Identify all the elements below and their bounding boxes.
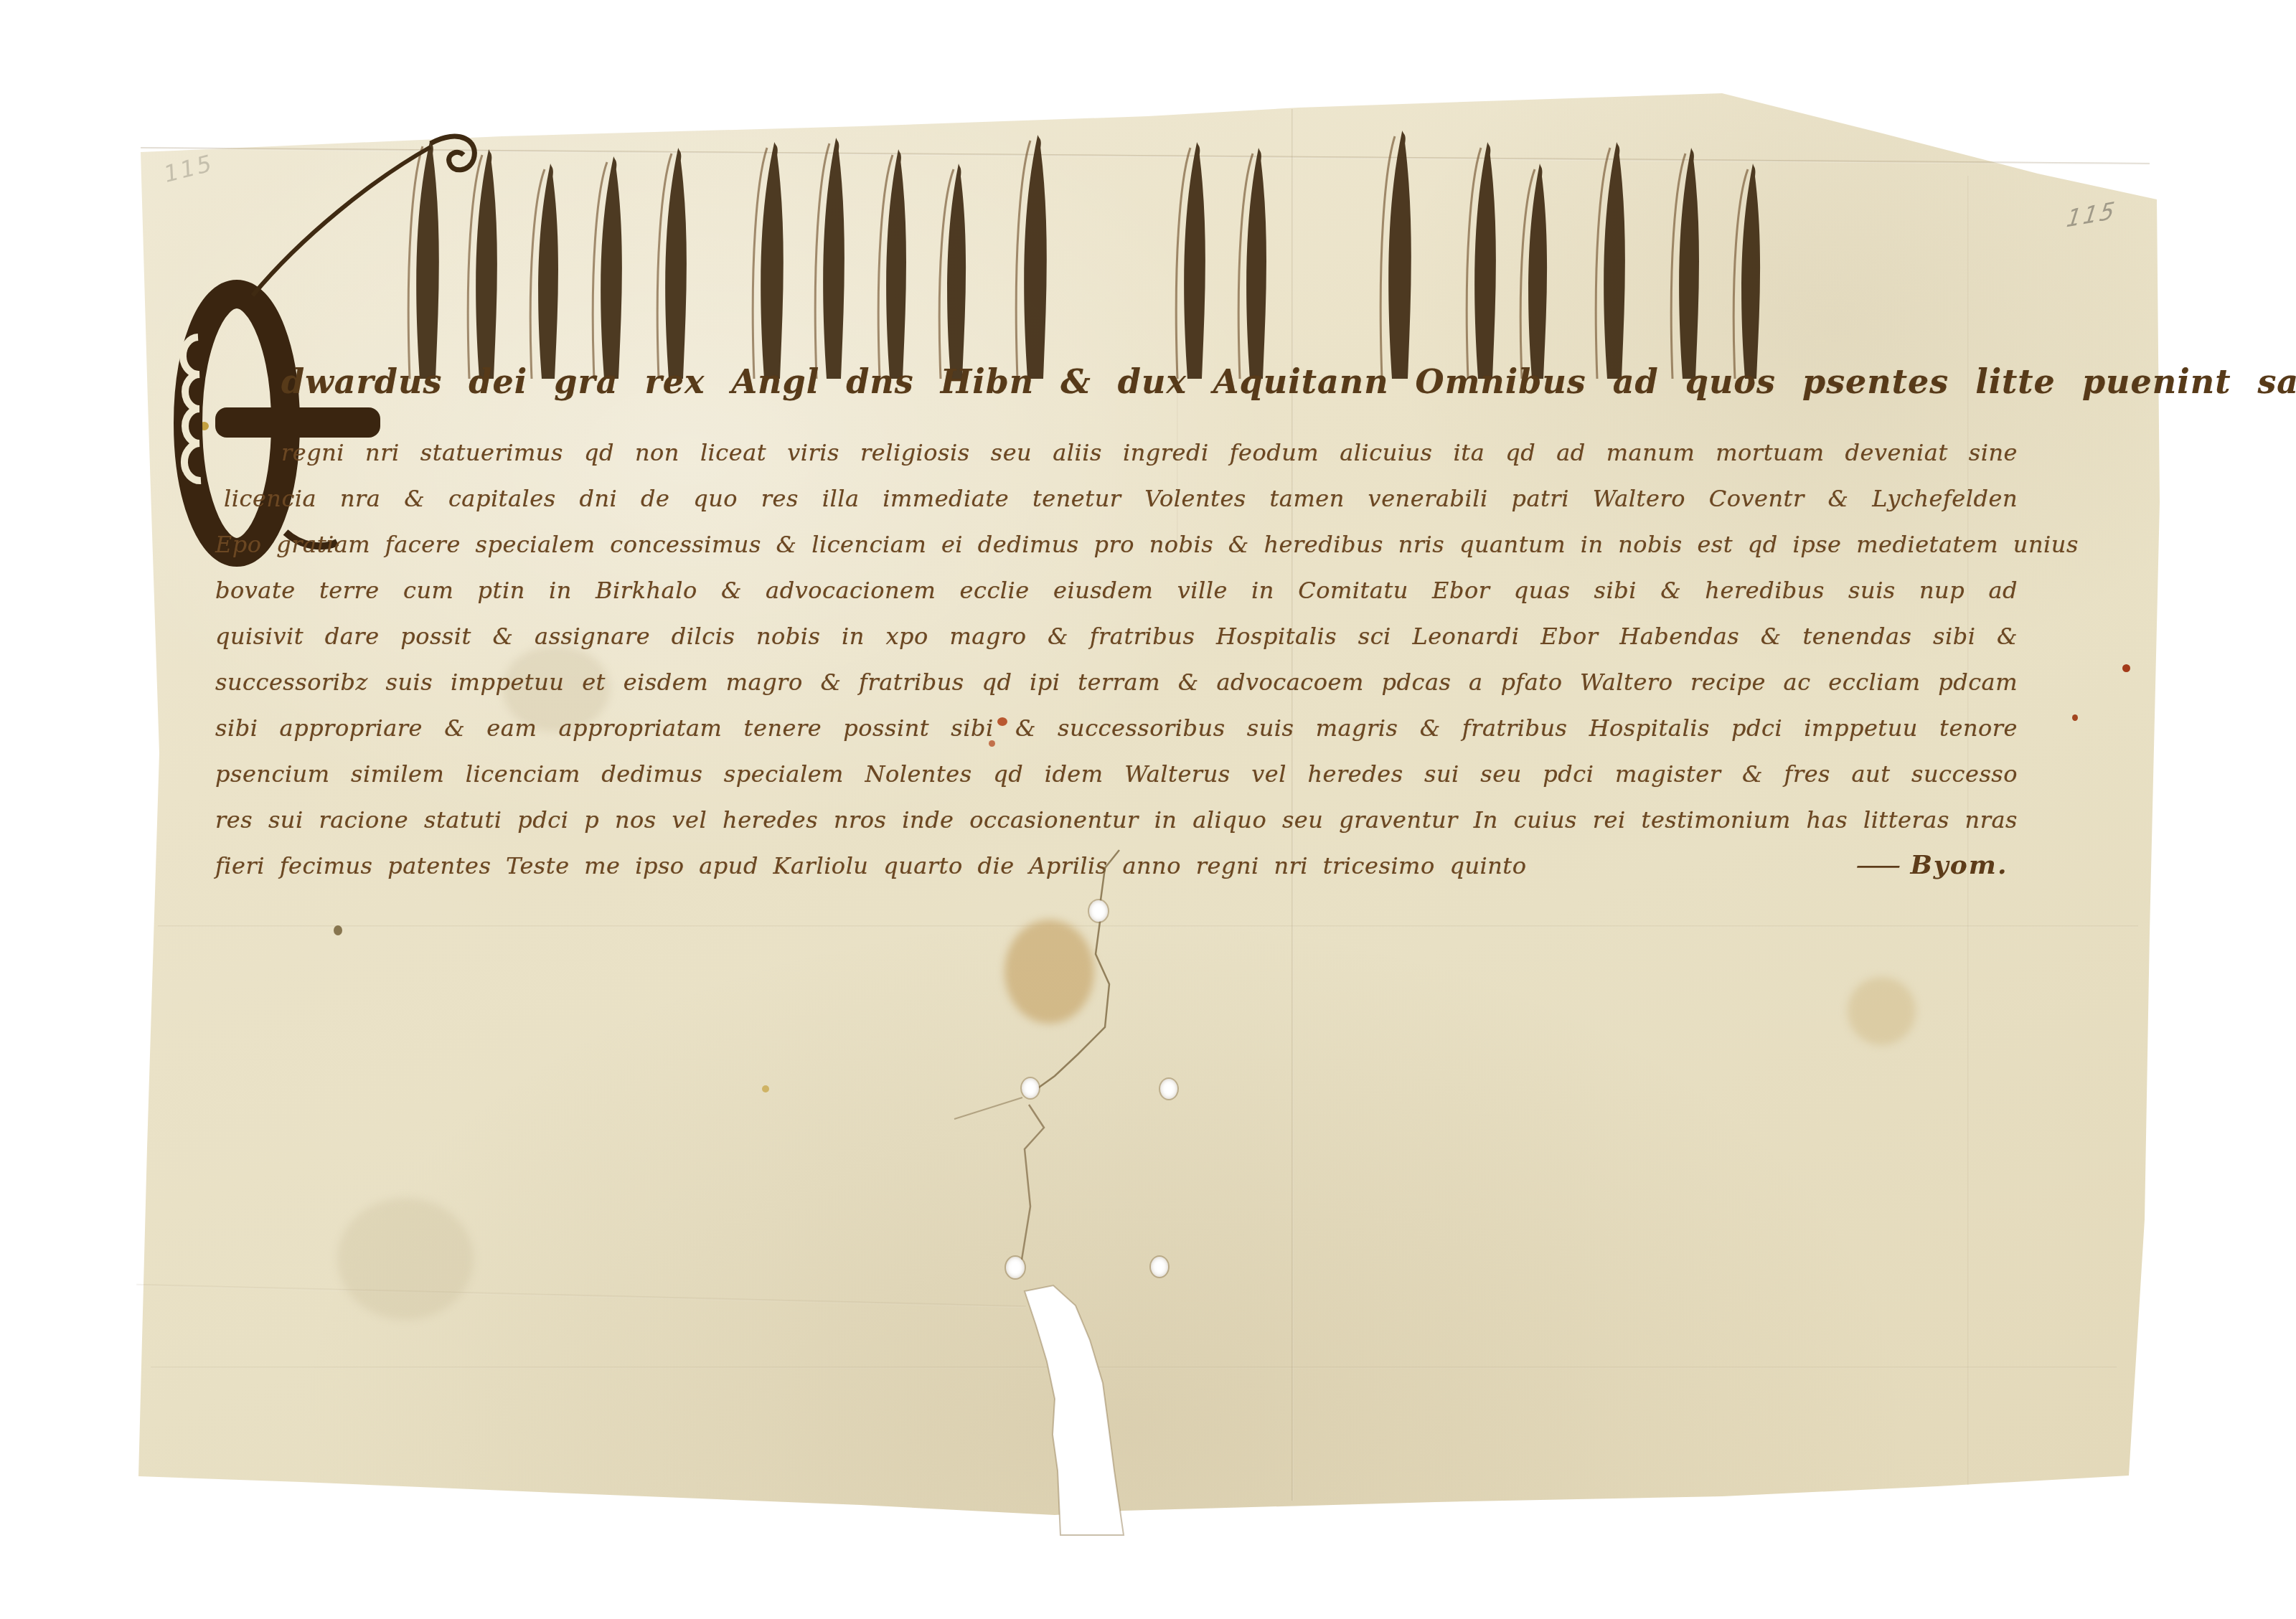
- charter-scan: E dwardus dei gra rex Angl dns Hibn & du…: [0, 0, 2296, 1619]
- bottom-tear: [0, 0, 2296, 1619]
